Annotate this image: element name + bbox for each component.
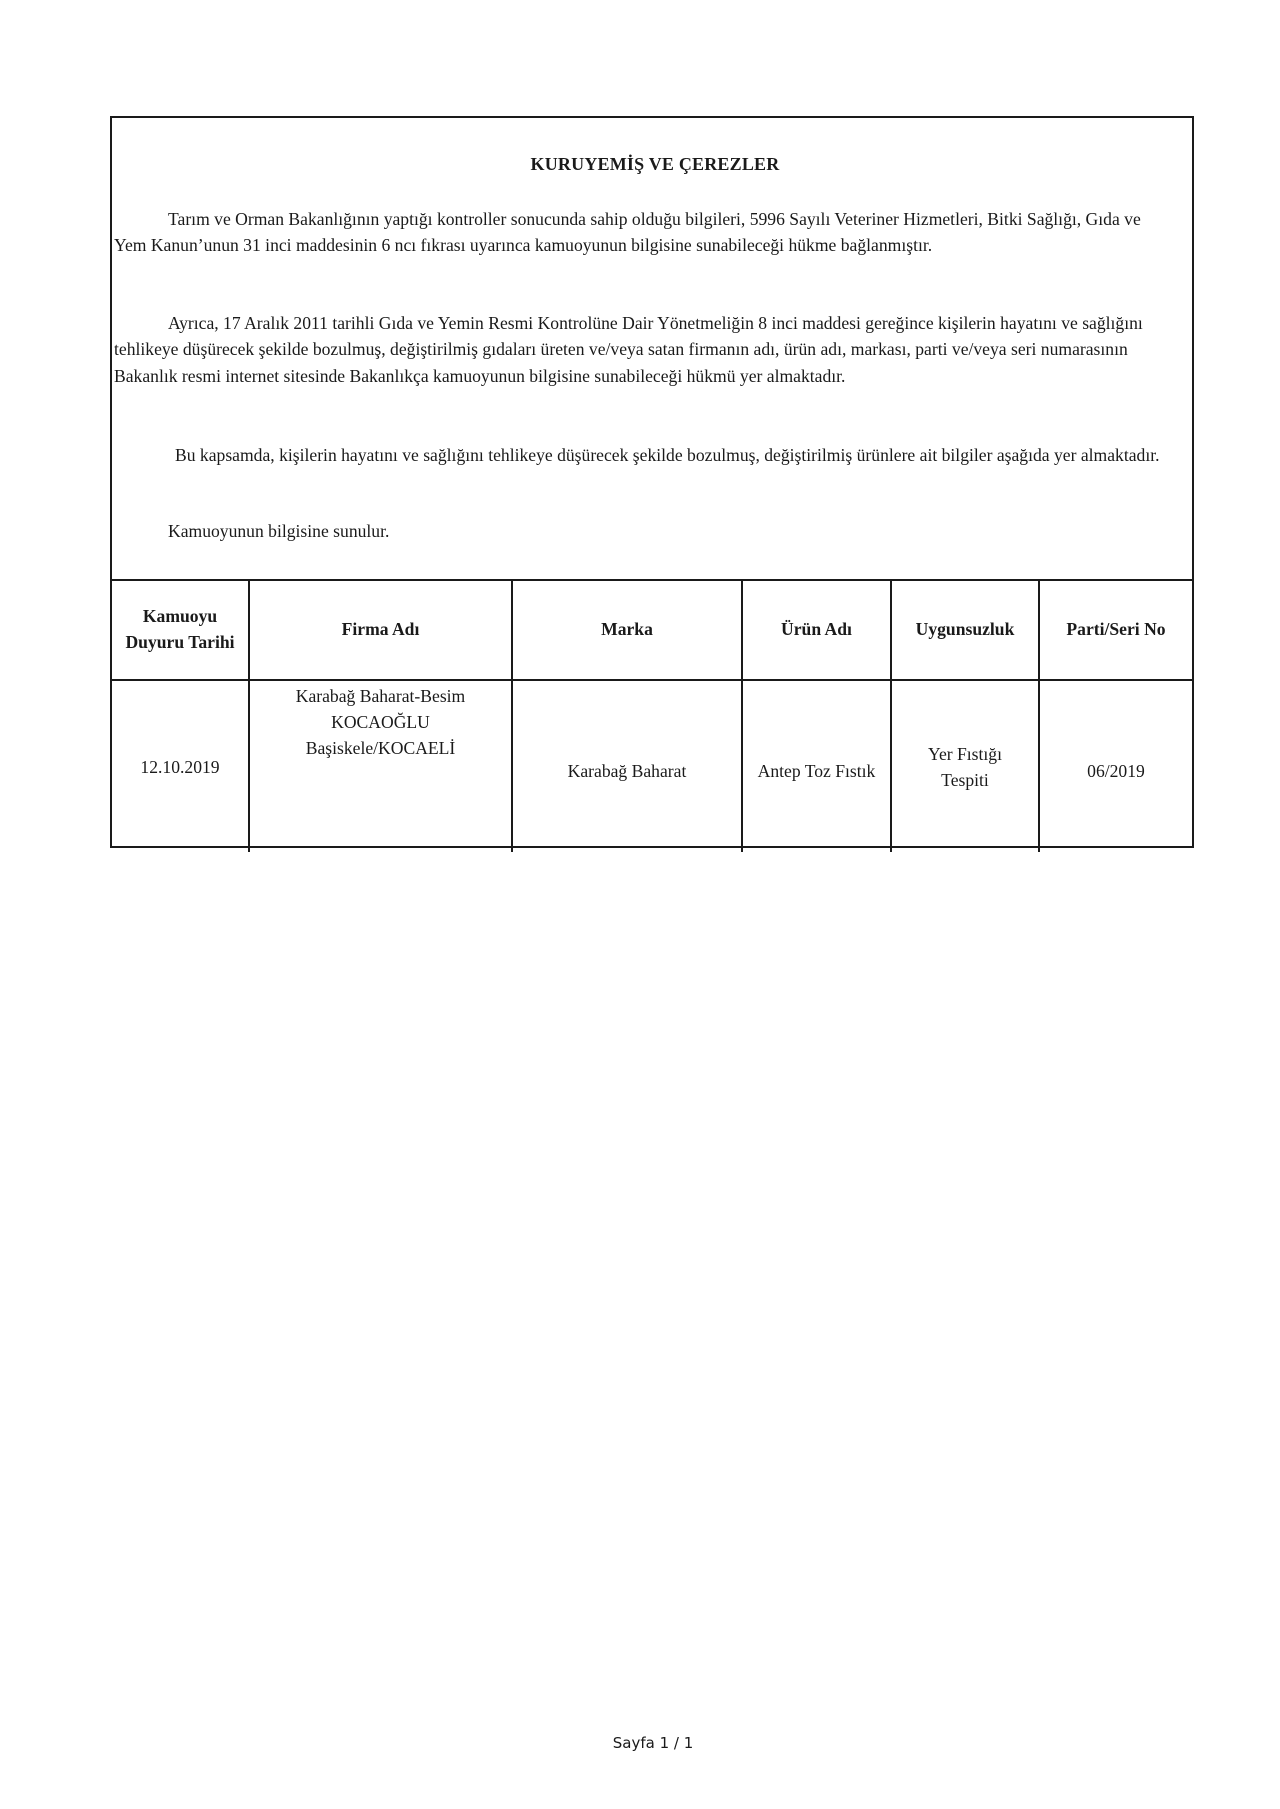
document-title-text: KURUYEMİŞ VE ÇEREZLER	[531, 154, 780, 174]
firm-address-line: Başiskele/KOCAELİ	[252, 735, 509, 761]
cell-announcement-date: 12.10.2019	[112, 680, 249, 852]
cell-brand: Karabağ Baharat	[512, 680, 742, 852]
page-footer: Sayfa 1 / 1	[0, 1734, 1280, 1752]
firm-name-line: Karabağ Baharat-Besim	[252, 683, 509, 709]
announcement-intro: KURUYEMİŞ VE ÇEREZLER Tarım ve Orman Bak…	[112, 118, 1192, 581]
header-date-line: Duyuru Tarihi	[114, 629, 246, 655]
header-nonconformity: Uygunsuzluk	[891, 579, 1039, 680]
nonconformity-line: Yer Fıstığı	[894, 741, 1036, 767]
paragraph-legal-basis: Tarım ve Orman Bakanlığının yaptığı kont…	[114, 206, 1166, 259]
nonconformity-table: Kamuoyu Duyuru Tarihi Firma Adı Marka Ür…	[112, 579, 1192, 852]
header-firm-name: Firma Adı	[249, 579, 512, 680]
cell-batch-number: 06/2019	[1039, 680, 1192, 852]
table-header-row: Kamuoyu Duyuru Tarihi Firma Adı Marka Ür…	[112, 579, 1192, 680]
paragraph-regulation: Ayrıca, 17 Aralık 2011 tarihli Gıda ve Y…	[114, 310, 1166, 389]
nonconformity-line: Tespiti	[894, 767, 1036, 793]
header-date-line: Kamuoyu	[114, 603, 246, 629]
header-brand: Marka	[512, 579, 742, 680]
paragraph-closing: Kamuoyunun bilgisine sunulur.	[114, 518, 1166, 544]
cell-product-name: Antep Toz Fıstık	[742, 680, 891, 852]
header-announcement-date: Kamuoyu Duyuru Tarihi	[112, 579, 249, 680]
cell-nonconformity: Yer Fıstığı Tespiti	[891, 680, 1039, 852]
document-title: KURUYEMİŞ VE ÇEREZLER	[112, 154, 1192, 175]
table-row: 12.10.2019 Karabağ Baharat-Besim KOCAOĞL…	[112, 680, 1192, 852]
header-product-name: Ürün Adı	[742, 579, 891, 680]
page-number: Sayfa 1 / 1	[613, 1734, 694, 1752]
paragraph-scope: Bu kapsamda, kişilerin hayatını ve sağlı…	[114, 442, 1166, 468]
firm-name-line: KOCAOĞLU	[252, 709, 509, 735]
announcement-frame: KURUYEMİŞ VE ÇEREZLER Tarım ve Orman Bak…	[110, 116, 1194, 848]
header-batch-number: Parti/Seri No	[1039, 579, 1192, 680]
cell-firm-name: Karabağ Baharat-Besim KOCAOĞLU Başiskele…	[249, 680, 512, 852]
